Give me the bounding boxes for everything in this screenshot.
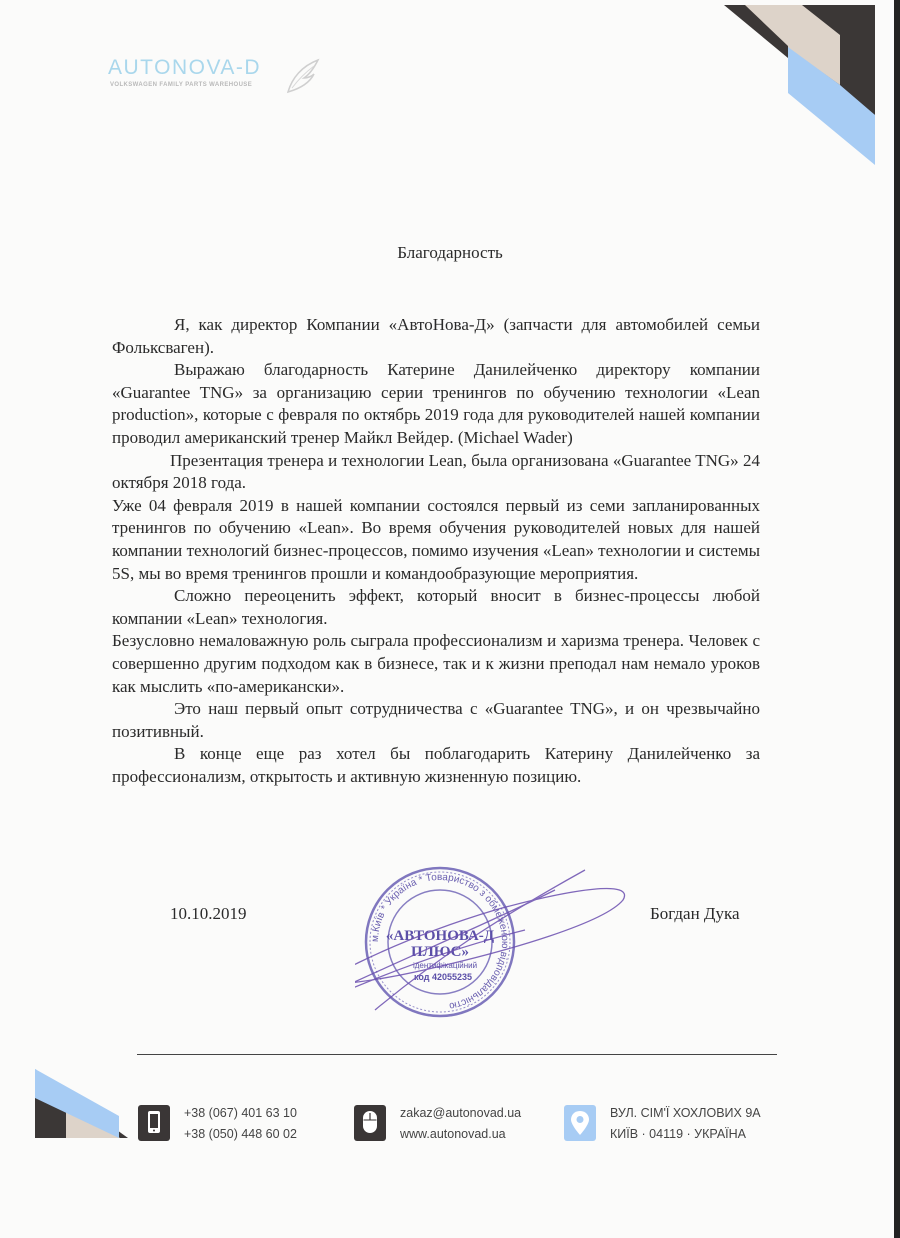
address-line-2: КИЇВ · 04119 · УКРАЇНА [610, 1124, 761, 1145]
wing-icon [284, 58, 320, 94]
footer-divider [137, 1054, 777, 1055]
letter-page: AUTONOVA-D VOLKSWAGEN FAMILY PARTS WAREH… [0, 0, 900, 1238]
letter-title: Благодарность [0, 243, 900, 263]
letter-date: 10.10.2019 [170, 904, 247, 924]
web-contacts: zakaz@autonovad.ua www.autonovad.ua [400, 1103, 521, 1145]
paragraph-first-training: Уже 04 февраля 2019 в нашей компании сос… [112, 495, 760, 585]
stamp-id-code: код 42055235 [414, 972, 472, 982]
paragraph-closing: В конце еще раз хотел бы поблагодарить К… [112, 743, 760, 788]
paragraph-trainer: Безусловно немаловажную роль сыграла про… [112, 630, 760, 698]
address-line-1: ВУЛ. СІМ'Ї ХОХЛОВИХ 9А [610, 1103, 761, 1124]
mouse-icon [354, 1105, 386, 1141]
company-logo: AUTONOVA-D VOLKSWAGEN FAMILY PARTS WAREH… [108, 56, 318, 96]
paragraph-presentation: Презентация тренера и технологии Lean, б… [112, 450, 760, 495]
email-link[interactable]: zakaz@autonovad.ua [400, 1103, 521, 1124]
phone-number-1[interactable]: +38 (067) 401 63 10 [184, 1103, 297, 1124]
letter-body: Я, как директор Компании «АвтоНова-Д» (з… [112, 314, 760, 788]
phone-numbers: +38 (067) 401 63 10 +38 (050) 448 60 02 [184, 1103, 297, 1145]
paragraph-effect: Сложно переоценить эффект, который вноси… [112, 585, 760, 630]
logo-tagline: VOLKSWAGEN FAMILY PARTS WAREHOUSE [110, 82, 252, 88]
paragraph-experience: Это наш первый опыт сотрудничества с «Gu… [112, 698, 760, 743]
paragraph-intro: Я, как директор Компании «АвтоНова-Д» (з… [112, 314, 760, 359]
scan-edge [894, 0, 900, 1238]
address: ВУЛ. СІМ'Ї ХОХЛОВИХ 9А КИЇВ · 04119 · УК… [610, 1103, 761, 1145]
corner-decoration-bottom [0, 1060, 130, 1160]
corner-decoration-top [720, 0, 900, 170]
website-link[interactable]: www.autonovad.ua [400, 1124, 521, 1145]
location-pin-icon [564, 1105, 596, 1141]
logo-wordmark: AUTONOVA-D [108, 56, 261, 80]
phone-number-2[interactable]: +38 (050) 448 60 02 [184, 1124, 297, 1145]
paragraph-gratitude: Выражаю благодарность Катерине Данилейче… [112, 359, 760, 449]
stamp-name-line1: «АВТОНОВА-Д [386, 928, 495, 944]
company-stamp: м.Київ * Україна * Товариство з обмежено… [355, 860, 695, 1050]
phone-icon [138, 1105, 170, 1141]
